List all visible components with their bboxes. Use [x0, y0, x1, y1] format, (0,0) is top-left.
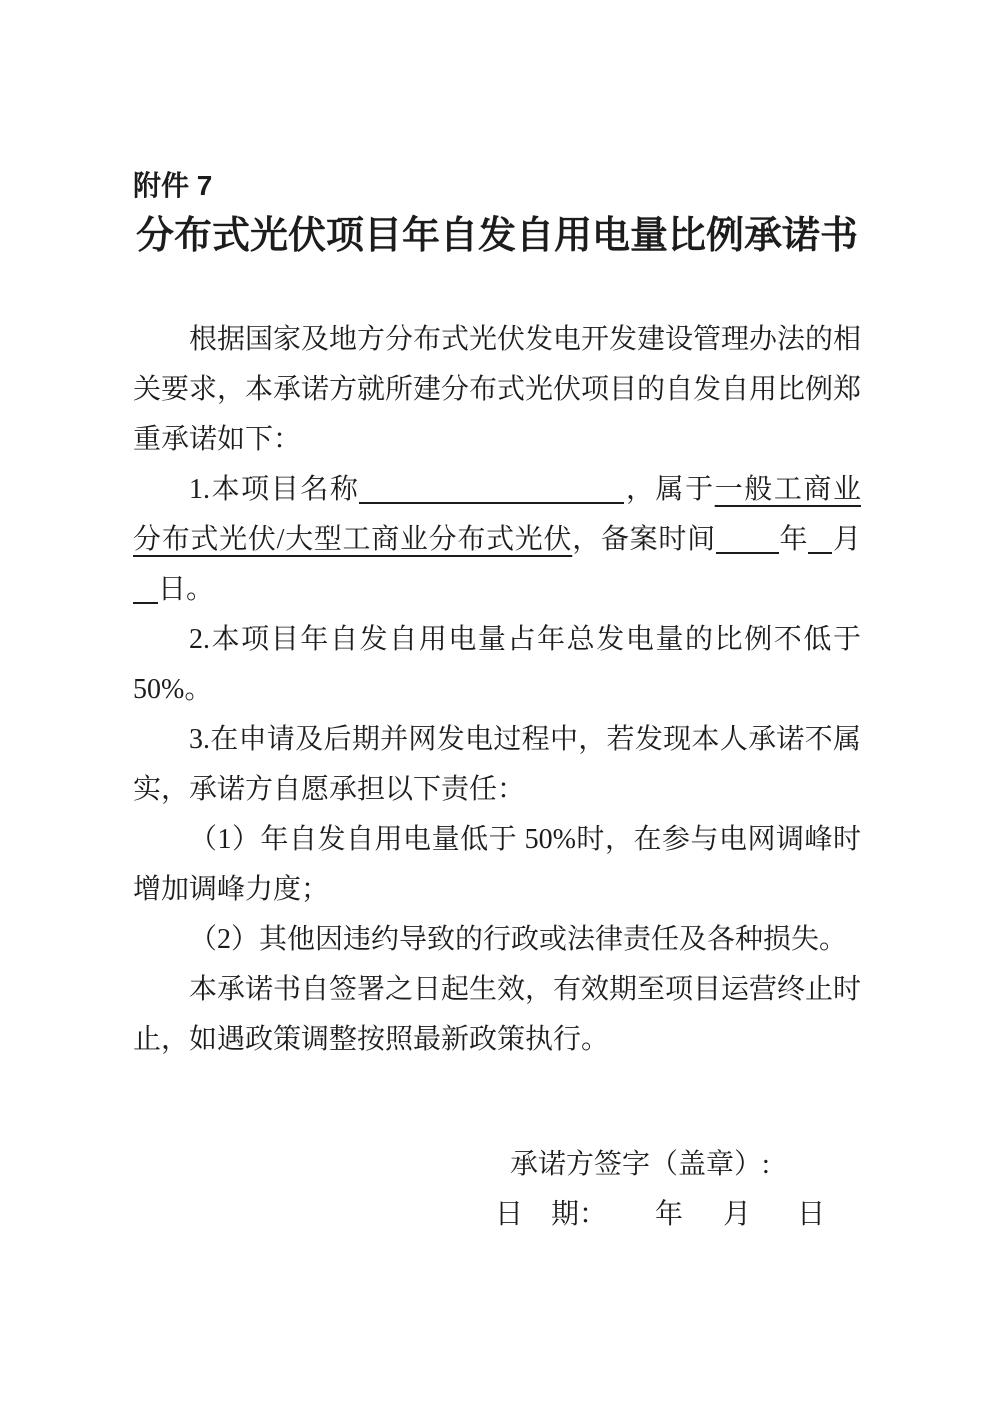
- item1-month-label: 月: [832, 524, 861, 555]
- item1-belongs-label: ，属于: [624, 474, 714, 505]
- attachment-label: 附件 7: [133, 168, 861, 204]
- project-name-blank: [359, 470, 624, 504]
- date-day-label: 日: [797, 1199, 825, 1230]
- paragraph-liability-1: （1）年自发自用电量低于 50%时，在参与电网调峰时增加调峰力度；: [133, 815, 861, 915]
- paragraph-item1: 1.本项目名称，属于一般工商业分布式光伏/大型工商业分布式光伏，备案时间年月日。: [133, 465, 861, 615]
- paragraph-liability-2: （2）其他因违约导致的行政或法律责任及各种损失。: [133, 915, 861, 965]
- signature-date-line: 日期：年月日: [495, 1190, 861, 1240]
- document-body: 根据国家及地方分布式光伏发电开发建设管理办法的相关要求，本承诺方就所建分布式光伏…: [133, 315, 861, 1065]
- date-word-qi-colon: 期：: [551, 1199, 607, 1230]
- date-year-label: 年: [655, 1199, 683, 1230]
- filing-day-blank: [133, 570, 158, 604]
- filing-year-blank: [716, 520, 779, 554]
- paragraph-item2: 2.本项目年自发自用电量占年总发电量的比例不低于 50%。: [133, 615, 861, 715]
- signature-label: 承诺方签字（盖章）:: [495, 1140, 861, 1190]
- filing-month-blank: [808, 520, 832, 554]
- item1-filing-label: ，备案时间: [572, 524, 716, 555]
- item1-year-label: 年: [779, 524, 808, 555]
- document-title: 分布式光伏项目年自发自用电量比例承诺书: [133, 212, 861, 260]
- item1-day-label: 日。: [158, 574, 214, 605]
- date-month-label: 月: [723, 1199, 751, 1230]
- paragraph-closing: 本承诺书自签署之日起生效，有效期至项目运营终止时止，如遇政策调整按照最新政策执行…: [133, 965, 861, 1065]
- paragraph-intro: 根据国家及地方分布式光伏发电开发建设管理办法的相关要求，本承诺方就所建分布式光伏…: [133, 315, 861, 465]
- date-word-ri: 日: [495, 1199, 523, 1230]
- paragraph-item3: 3.在申请及后期并网发电过程中，若发现本人承诺不属实，承诺方自愿承担以下责任：: [133, 715, 861, 815]
- item1-prefix: 1.本项目名称: [189, 474, 359, 505]
- signature-block: 承诺方签字（盖章）: 日期：年月日: [495, 1140, 861, 1240]
- document-page: 附件 7 分布式光伏项目年自发自用电量比例承诺书 根据国家及地方分布式光伏发电开…: [0, 0, 992, 1403]
